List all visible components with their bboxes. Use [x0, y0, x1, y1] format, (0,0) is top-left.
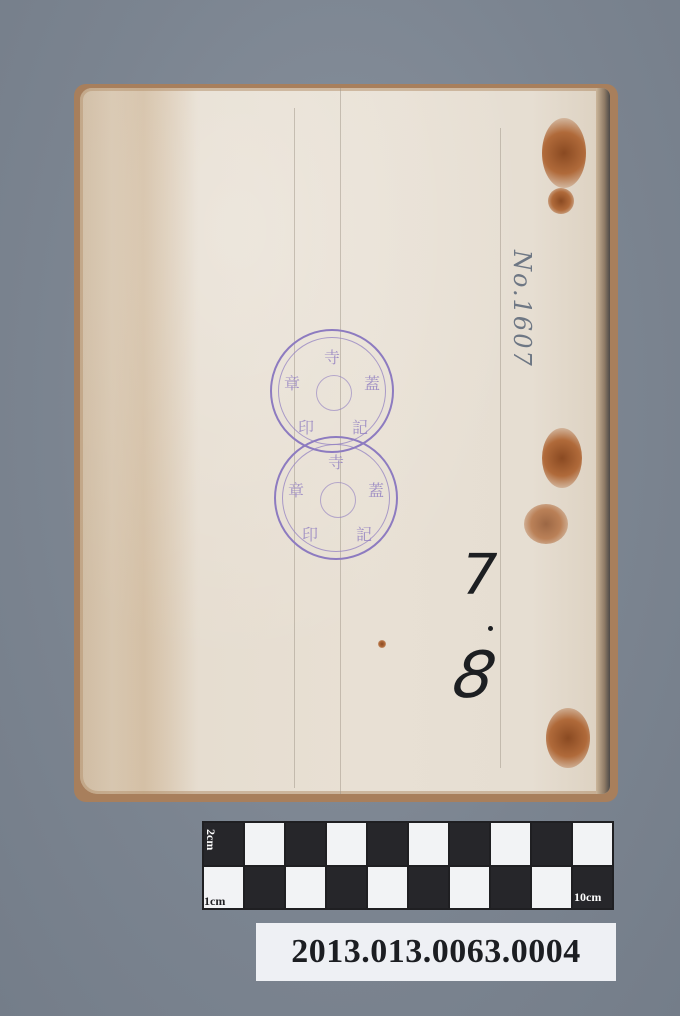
handwritten-numerator: 7 [462, 548, 498, 604]
seal-stamp-upper: 寺 章 蓋 印 記 [270, 329, 394, 453]
scale-label-1cm: 1cm [204, 894, 225, 909]
handwritten-dot [488, 626, 493, 631]
handwritten-inventory-number: No.1607 [508, 250, 536, 368]
seal-stamp-lower: 寺 章 蓋 印 記 [274, 436, 398, 560]
booklet-spine-edge [596, 88, 610, 794]
handwritten-fraction: 7 8 [452, 548, 522, 728]
scale-label-10cm: 10cm [574, 890, 601, 905]
scale-bar [202, 821, 614, 910]
scale-label-2cm: 2cm [203, 829, 218, 850]
rust-stain [542, 118, 586, 188]
rust-stain [548, 188, 574, 214]
rust-stain [524, 504, 568, 544]
catalog-number-label: 2013.013.0063.0004 [256, 923, 616, 981]
rust-stain [546, 708, 590, 768]
rust-stain [542, 428, 582, 488]
handwritten-denominator: 8 [448, 644, 500, 708]
stamp-center-emblem [316, 375, 352, 411]
ink-spot [378, 640, 386, 648]
stamp-center-emblem [320, 482, 356, 518]
water-stain [80, 88, 200, 794]
paper-crease [294, 108, 295, 788]
